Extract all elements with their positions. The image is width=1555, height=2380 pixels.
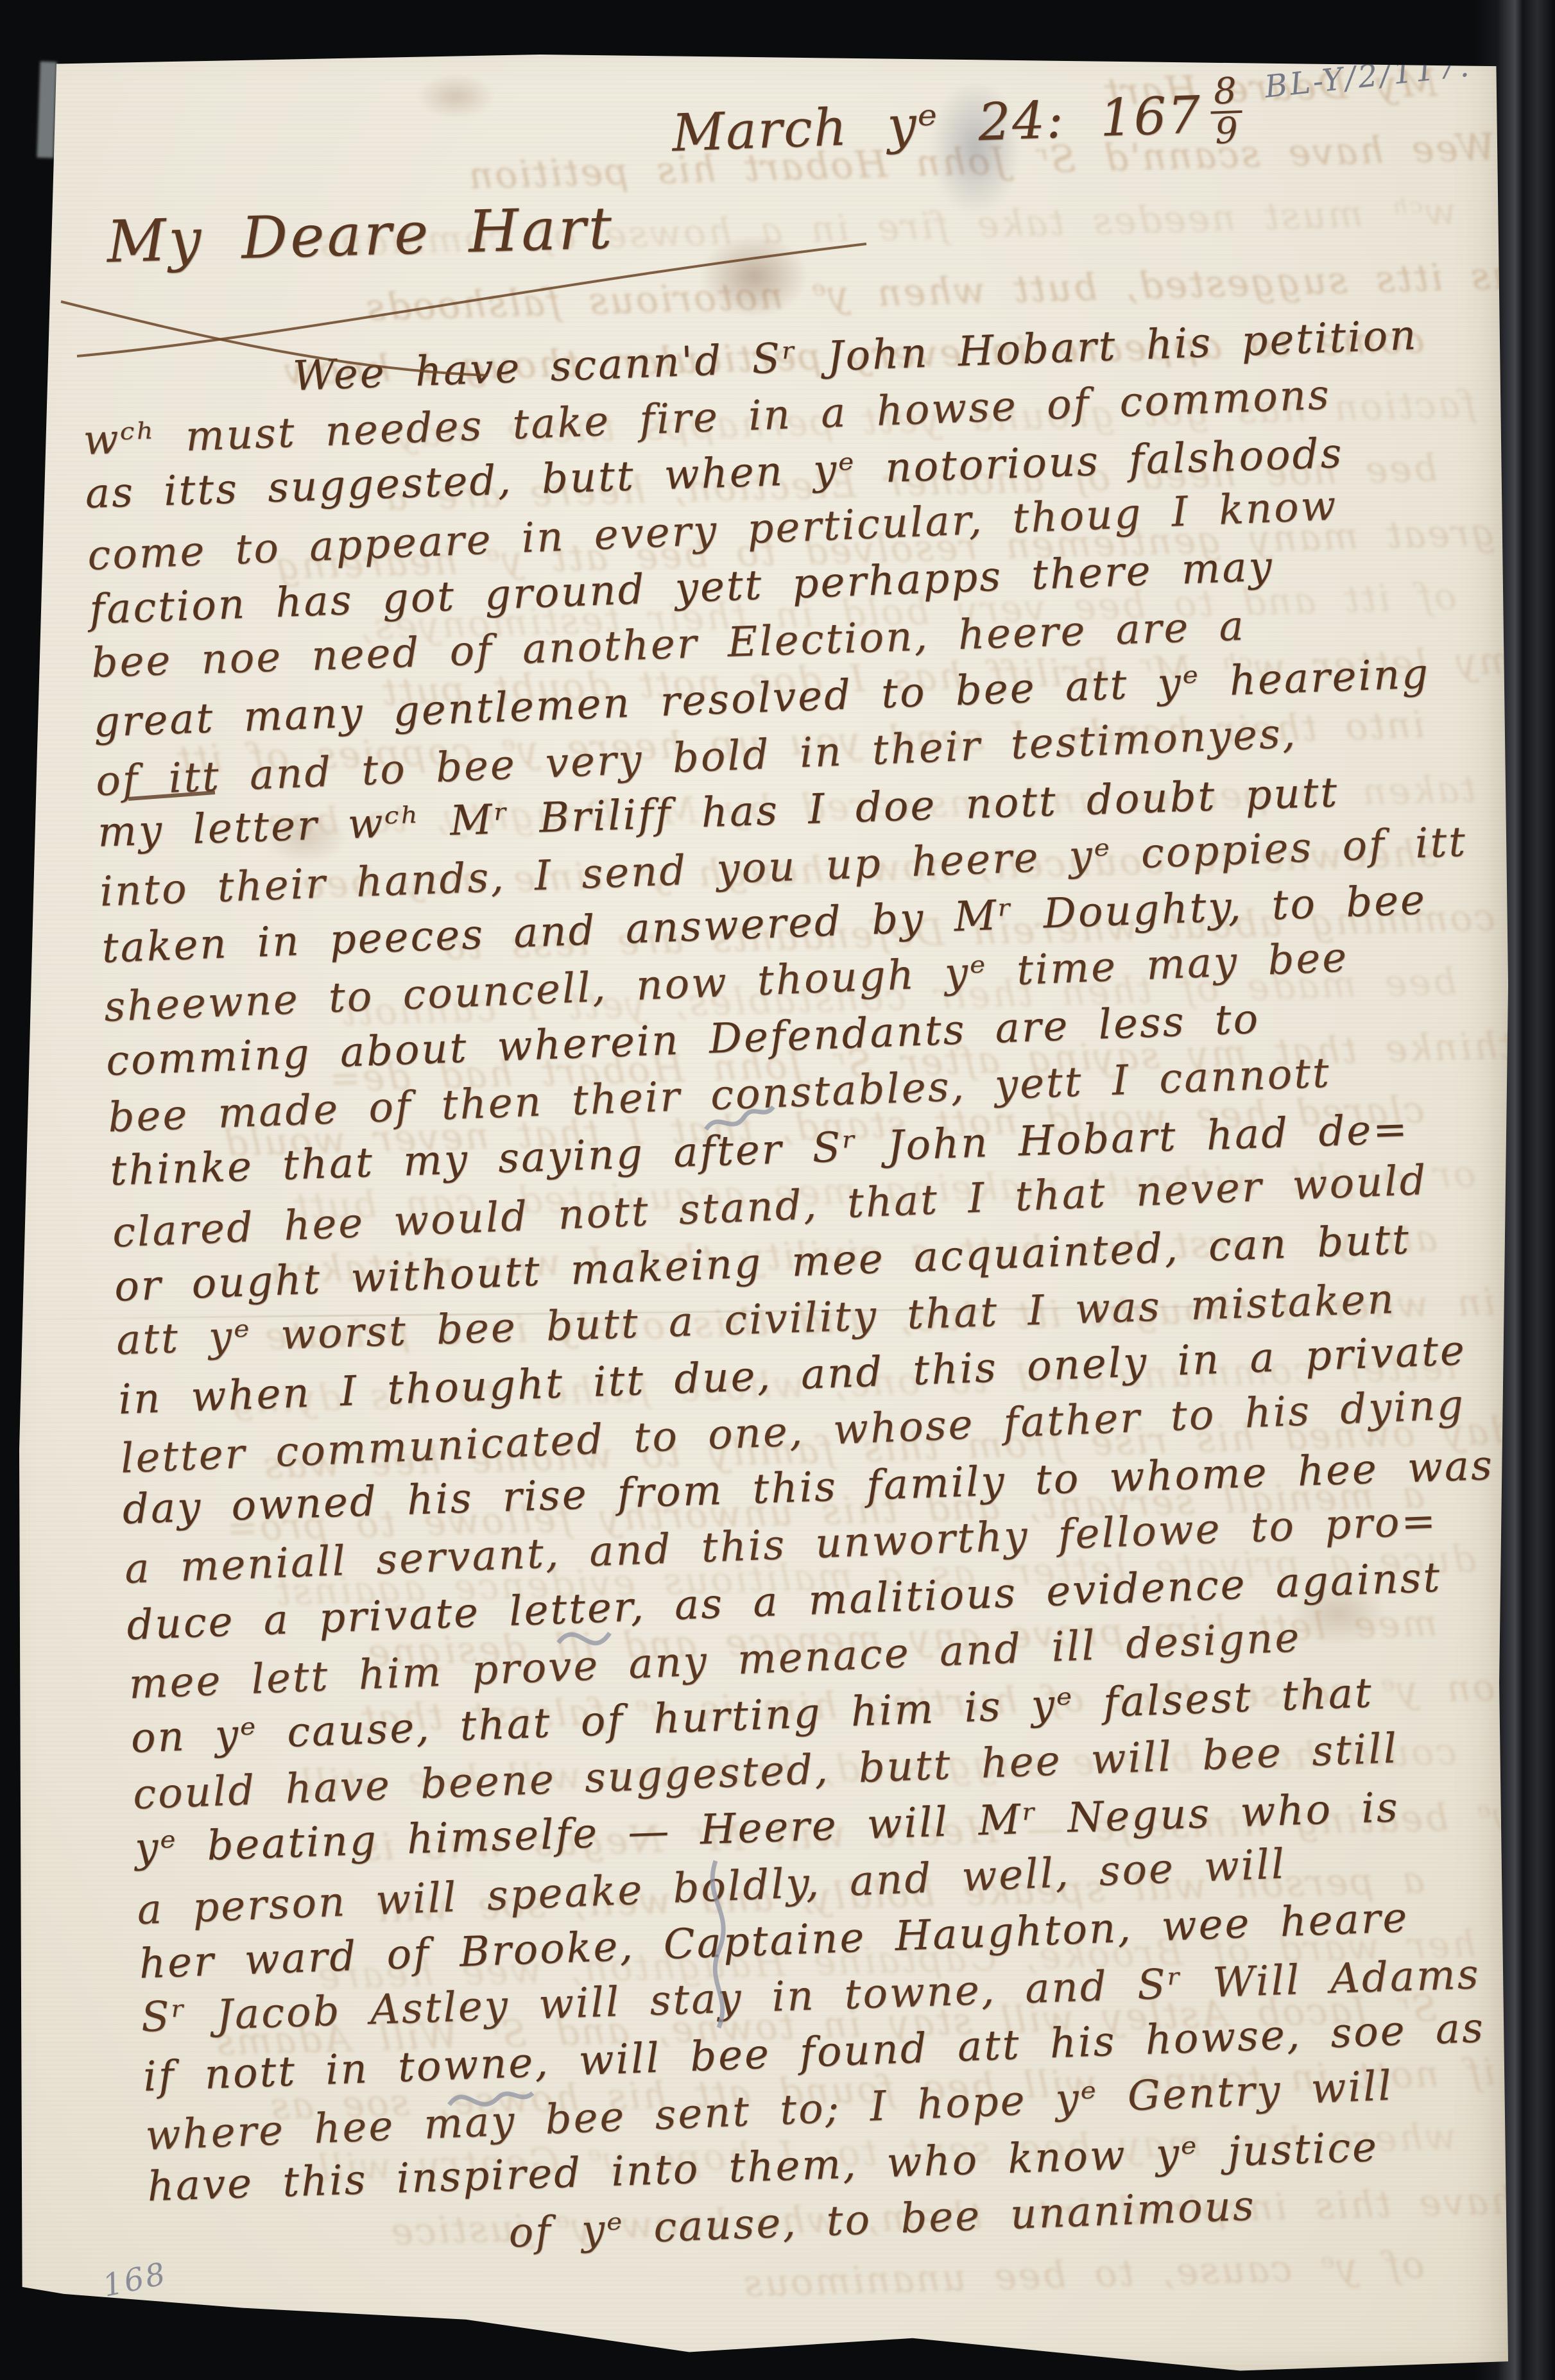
letter-body: Wee have scann'd Sʳ John Hobart his peti… — [80, 305, 1549, 2275]
ink-stain — [417, 74, 494, 119]
ink-stain — [700, 234, 809, 318]
date-fraction-numerator: 8 — [1209, 73, 1242, 114]
date-fraction-denominator: 9 — [1210, 113, 1244, 150]
date-text: March yᵉ 24: — [671, 90, 1066, 163]
date-fraction: 89 — [1209, 73, 1244, 150]
date-year: 167 — [1099, 85, 1203, 148]
underlying-page-edge — [37, 62, 56, 158]
photograph-background: My Deare HartWee have scann'd Sʳ John Ho… — [0, 0, 1555, 2380]
letter-paper: My Deare HartWee have scann'd Sʳ John Ho… — [19, 55, 1508, 2380]
salutation: My Deare Hart — [106, 194, 615, 276]
